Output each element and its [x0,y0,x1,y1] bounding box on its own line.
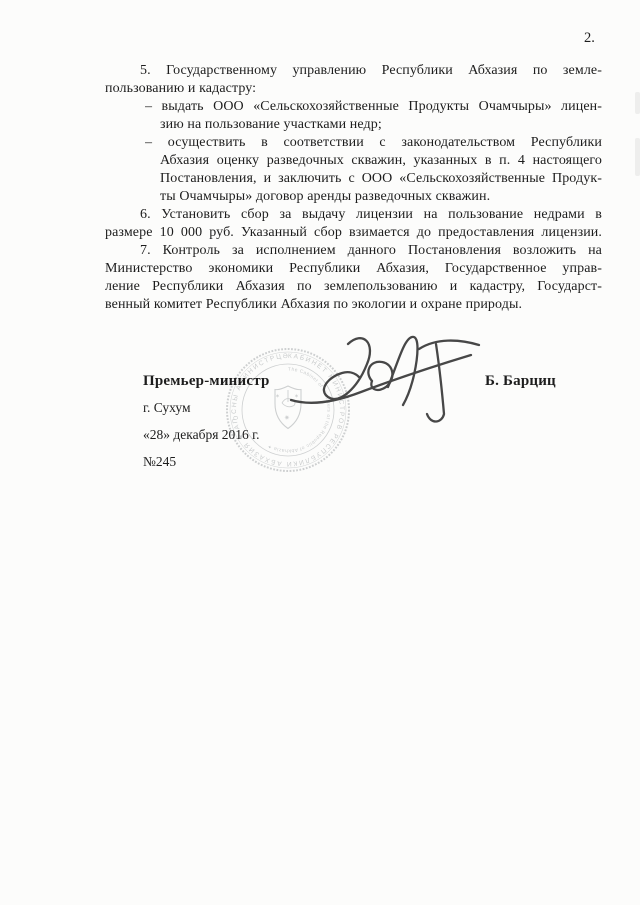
text-line: пользованию и кадастру: [105,80,602,98]
text-line: венный комитет Республики Абхазия по эко… [105,296,602,314]
text-line: Абхазия оценку разведочных скважин, указ… [160,152,602,170]
svg-text:✶: ✶ [275,393,280,400]
text-line: ты Очамчыры» договор аренды разведочных … [160,188,602,206]
signer-title: Премьер-министр [143,373,270,390]
document-body: 5. Государственному управлению Республик… [105,62,602,314]
signer-name: Б. Барциц [485,373,556,390]
signature [283,330,488,430]
text-line: 5. Государственному управлению Республик… [105,62,602,80]
document-page: 2. КАБИНЕТ МИНИСТРОВ РЕСПУБЛИКИ АБХАЗИЯ … [0,0,640,905]
page-number: 2. [584,29,595,47]
document-number: №245 [143,454,176,470]
text-line: ление Республики Абхазия по землепользов… [105,278,602,296]
text-line: Постановления, и заключить с ООО «Сельск… [160,170,602,188]
text-line: 7. Контроль за исполнением данного Поста… [105,242,602,260]
text-line: Министерство экономики Республики Абхази… [105,260,602,278]
scan-artifact [635,138,640,176]
text-line: – выдать ООО «Сельскохозяйственные Проду… [145,98,602,116]
scan-artifact [635,92,640,114]
text-line: – осуществить в соответствии с законодат… [145,134,602,152]
document-date: «28» декабря 2016 г. [143,427,260,443]
text-line: зию на пользование участками недр; [160,116,602,134]
text-line: 6. Установить сбор за выдачу лицензии на… [105,206,602,224]
text-line: размере 10 000 руб. Указанный сбор взима… [105,224,602,242]
document-city: г. Сухум [143,400,191,416]
